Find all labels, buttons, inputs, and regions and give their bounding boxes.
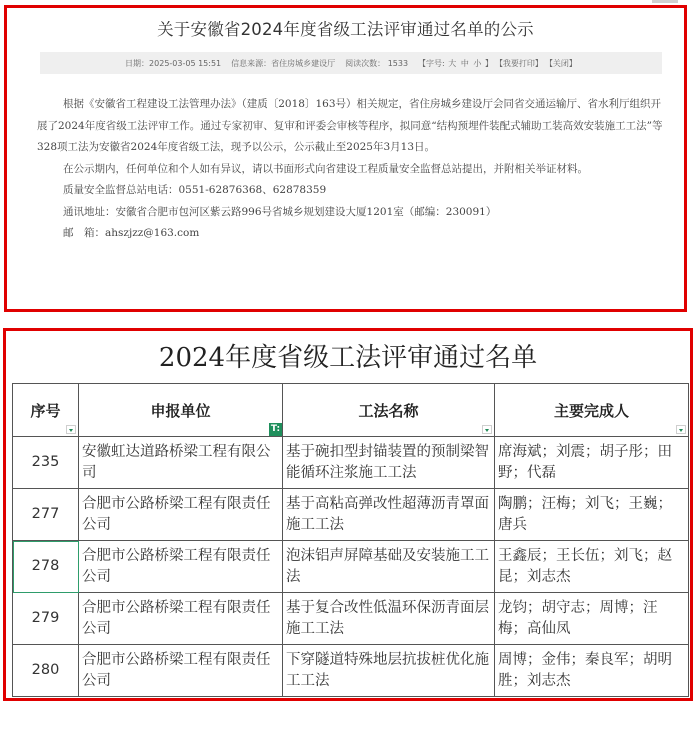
column-header-unit: 申报单位 T: (79, 384, 283, 437)
filter-dropdown-icon[interactable] (66, 425, 76, 434)
notice-body: 根据《安徽省工程建设工法管理办法》（建质〔2018〕163号）相关规定，省住房城… (37, 94, 669, 245)
approved-methods-table: 序号 申报单位 T: 工法名称 主要完成人 235 (12, 383, 689, 697)
notice-panel: 关于安徽省2024年度省级工法评审通过名单的公示 日期：2025-03-05 1… (4, 5, 687, 312)
font-size-large-link[interactable]: 大 (447, 59, 457, 68)
filter-dropdown-icon[interactable] (676, 425, 686, 434)
meta-links: 【字号: 大 中 小 】 【我要打印】 【关闭】 (418, 58, 577, 69)
cell-index[interactable]: 235 (13, 437, 79, 489)
notice-title: 关于安徽省2024年度省级工法评审通过名单的公示 (7, 16, 684, 40)
print-link[interactable]: 【我要打印】 (495, 58, 543, 69)
notice-paragraph: 根据《安徽省工程建设工法管理办法》（建质〔2018〕163号）相关规定，省住房城… (37, 94, 669, 159)
filter-dropdown-icon[interactable] (482, 425, 492, 434)
font-size-label: 【字号: (418, 59, 445, 68)
cell-people[interactable]: 王鑫辰；王长伍；刘飞；赵昆；刘志杰 (495, 541, 689, 593)
table-title: 2024年度省级工法评审通过名单 (6, 335, 690, 381)
view-count: 阅读次数： 1533 (345, 58, 408, 69)
notice-paragraph: 在公示期内，任何单位和个人如有异议，请以书面形式向省建设工程质量安全监督总站提出… (37, 159, 669, 181)
cell-method[interactable]: 下穿隧道特殊地层抗拔桩优化施工工法 (283, 645, 495, 697)
cell-people[interactable]: 龙钧；胡守志；周博；汪梅；高仙凤 (495, 593, 689, 645)
cell-method[interactable]: 基于复合改性低温环保沥青面层施工工法 (283, 593, 495, 645)
cell-method[interactable]: 基于碗扣型封锚装置的预制梁智能循环注浆施工工法 (283, 437, 495, 489)
font-size-small-link[interactable]: 小 (472, 59, 482, 68)
column-header-people: 主要完成人 (495, 384, 689, 437)
spreadsheet-panel: 2024年度省级工法评审通过名单 序号 申报单位 T: 工法名称 (3, 328, 693, 701)
column-header-method: 工法名称 (283, 384, 495, 437)
contact-email: 邮 箱：ahszjzz@163.com (37, 223, 669, 245)
font-size-bracket: 】 (485, 59, 493, 68)
column-header-label: 序号 (30, 402, 60, 420)
table-row: 277 合肥市公路桥梁工程有限责任公司 基于高粘高弹改性超薄沥青罩面施工工法 陶… (13, 489, 689, 541)
column-header-label: 工法名称 (358, 402, 418, 420)
cell-unit[interactable]: 合肥市公路桥梁工程有限责任公司 (79, 645, 283, 697)
table-row: 280 合肥市公路桥梁工程有限责任公司 下穿隧道特殊地层抗拔桩优化施工工法 周博… (13, 645, 689, 697)
close-link[interactable]: 【关闭】 (545, 58, 577, 69)
info-source: 信息来源：省住房城乡建设厅 (231, 58, 335, 69)
cell-index[interactable]: 277 (13, 489, 79, 541)
font-size-control: 【字号: 大 中 小 】 (418, 58, 493, 69)
cell-index[interactable]: 280 (13, 645, 79, 697)
font-size-medium-link[interactable]: 中 (460, 59, 470, 68)
cell-method[interactable]: 基于高粘高弹改性超薄沥青罩面施工工法 (283, 489, 495, 541)
table-row: 279 合肥市公路桥梁工程有限责任公司 基于复合改性低温环保沥青面层施工工法 龙… (13, 593, 689, 645)
cell-people[interactable]: 席海斌；刘震；胡子彤；田野；代磊 (495, 437, 689, 489)
cell-people[interactable]: 周博；金伟；秦良军；胡明胜；刘志杰 (495, 645, 689, 697)
cell-unit[interactable]: 合肥市公路桥梁工程有限责任公司 (79, 593, 283, 645)
cell-method[interactable]: 泡沫铝声屏障基础及安装施工工法 (283, 541, 495, 593)
cell-unit[interactable]: 合肥市公路桥梁工程有限责任公司 (79, 489, 283, 541)
article-meta-bar: 日期：2025-03-05 15:51 信息来源：省住房城乡建设厅 阅读次数： … (40, 52, 662, 74)
column-header-index: 序号 (13, 384, 79, 437)
column-header-label: 申报单位 (150, 402, 210, 420)
window-edge-stub (652, 0, 678, 3)
view-count-label: 阅读次数： (345, 59, 385, 68)
cell-index[interactable]: 279 (13, 593, 79, 645)
view-count-value: 1533 (388, 59, 408, 68)
column-header-label: 主要完成人 (554, 402, 629, 420)
active-filter-icon[interactable]: T: (269, 423, 282, 436)
header-row: 序号 申报单位 T: 工法名称 主要完成人 (13, 384, 689, 437)
cell-people[interactable]: 陶鹏；汪梅；刘飞；王巍；唐兵 (495, 489, 689, 541)
publish-date: 日期：2025-03-05 15:51 (125, 58, 221, 69)
cell-unit[interactable]: 合肥市公路桥梁工程有限责任公司 (79, 541, 283, 593)
contact-address: 通讯地址：安徽省合肥市包河区紫云路996号省城乡规划建设大厦1201室（邮编：2… (37, 202, 669, 224)
cell-index-selected[interactable]: 278 (13, 541, 79, 593)
table-row: 278 合肥市公路桥梁工程有限责任公司 泡沫铝声屏障基础及安装施工工法 王鑫辰；… (13, 541, 689, 593)
cell-unit[interactable]: 安徽虹达道路桥梁工程有限公司 (79, 437, 283, 489)
table-row: 235 安徽虹达道路桥梁工程有限公司 基于碗扣型封锚装置的预制梁智能循环注浆施工… (13, 437, 689, 489)
contact-phone: 质量安全监督总站电话：0551-62876368、62878359 (37, 180, 669, 202)
